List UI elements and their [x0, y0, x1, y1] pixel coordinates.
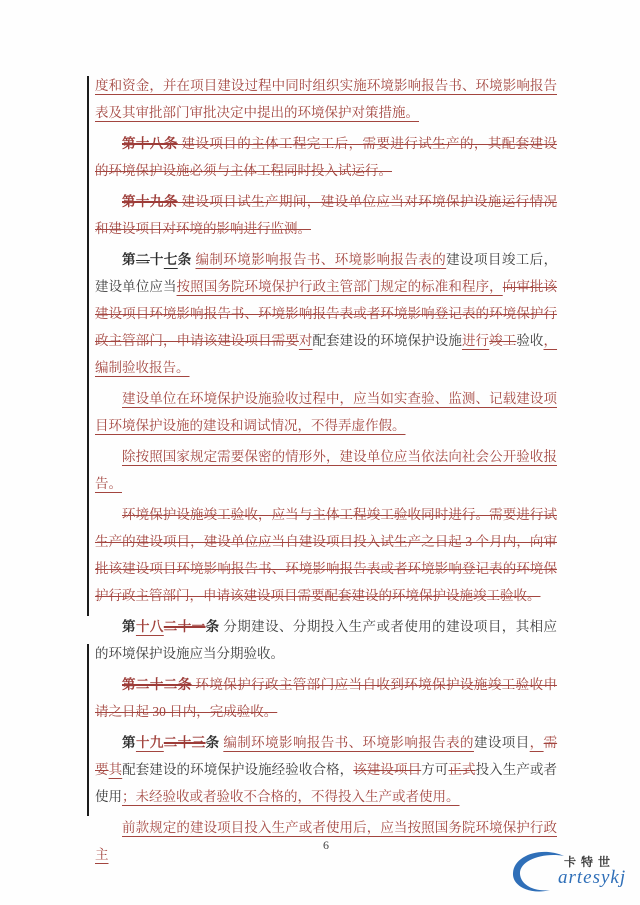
paragraph: 度和资金，并在项目建设过程中同时组织实施环境影响报告书、环境影响报告表及其审批部…	[95, 72, 557, 126]
text-run: 正式	[448, 762, 475, 777]
text-run: 二十一	[164, 619, 206, 634]
text-run: 除按照国家规定需要保密的情形外，建设单位应当依法向社会公开验收报告。	[95, 449, 557, 491]
text-run: 第	[122, 735, 136, 750]
text-run: 第	[122, 619, 136, 634]
text-run: 进行	[462, 333, 489, 348]
text-run: 对	[299, 333, 313, 348]
text-run: 条	[206, 735, 220, 750]
page-number: 6	[95, 838, 557, 853]
text-run: 十	[150, 252, 164, 267]
paragraph: 第十八二十一条 分期建设、分期投入生产或者使用的建设项目，其相应的环境保护设施应…	[95, 613, 557, 667]
text-run: 条	[206, 619, 220, 634]
logo-latin-text: artesykj	[558, 867, 626, 889]
paragraph: 第十九条 建设项目试生产期间，建设单位应当对环境保护设施运行情况和建设项目对环境…	[95, 188, 557, 242]
text-run: ；未经验收或者验收不合格的，不得投入生产或者使用。	[122, 789, 460, 804]
document-page: 度和资金，并在项目建设过程中同时组织实施环境影响报告书、环境影响报告表及其审批部…	[0, 0, 640, 905]
text-run: 编制环境影响报告书、环境影响报告表的	[196, 252, 447, 267]
paragraph: 建设单位在环境保护设施验收过程中，应当如实查验、监测、记载建设项目环境保护设施的…	[95, 385, 557, 439]
text-run: 建设项目	[474, 735, 530, 750]
text-run: 第	[122, 252, 136, 267]
paragraph: 第十八条 建设项目的主体工程完工后，需要进行试生产的，其配套建设的环境保护设施必…	[95, 130, 557, 184]
text-run: 按照国务院环境保护行政主管部门规定的标准和程序，	[177, 279, 503, 294]
text-run: 建设单位在环境保护设施验收过程中，应当如实查验、监测、记载建设项目环境保护设施的…	[95, 391, 557, 433]
change-bar	[87, 644, 89, 816]
paragraph: 第十九二十三条 编制环境影响报告书、环境影响报告表的建设项目，需要其配套建设的环…	[95, 729, 557, 810]
text-run: 七	[164, 252, 178, 267]
text-run: 编制环境影响报告书、环境影响报告表的	[223, 735, 474, 750]
text-run: 方可	[421, 762, 448, 777]
text-run: 二十三	[164, 735, 206, 750]
text-run: 配套建设的环境保护设施经验收合格，	[122, 762, 353, 777]
text-run: 第十八条	[122, 136, 178, 151]
text-run: 验收	[516, 333, 543, 348]
change-bar	[87, 76, 89, 616]
paragraph: 环境保护设施竣工验收，应当与主体工程竣工验收同时进行。需要进行试生产的建设项目，…	[95, 501, 557, 609]
text-run: 二	[136, 252, 150, 267]
text-run: ，	[530, 735, 544, 750]
text-run: 环境保护设施竣工验收，应当与主体工程竣工验收同时进行。需要进行试生产的建设项目，…	[95, 507, 557, 603]
text-run: 第二十二条	[122, 677, 192, 692]
paragraph: 第二十七条 编制环境影响报告书、环境影响报告表的建设项目竣工后，建设单位应当按照…	[95, 246, 557, 381]
text-run: 度和资金，并在项目建设过程中同时组织实施环境影响报告书、环境影响报告表及其审批部…	[95, 78, 557, 120]
text-run: 竣工	[489, 333, 516, 348]
logo-cartesykj: 卡特世 artesykj	[502, 841, 640, 901]
text-run: 十九	[136, 735, 164, 750]
text-run: 该建设项目	[353, 762, 421, 777]
text-run: 配套建设的环境保护设施	[312, 333, 462, 348]
document-body: 度和资金，并在项目建设过程中同时组织实施环境影响报告书、环境影响报告表及其审批部…	[95, 72, 557, 872]
text-run: 第十九条	[122, 194, 178, 209]
text-run: 其	[109, 762, 123, 777]
paragraph: 除按照国家规定需要保密的情形外，建设单位应当依法向社会公开验收报告。	[95, 443, 557, 497]
text-run: 条	[178, 252, 192, 267]
paragraph: 第二十二条 环境保护行政主管部门应当自收到环境保护设施竣工验收申请之日起 30 …	[95, 671, 557, 725]
text-run: 十八	[136, 619, 164, 634]
